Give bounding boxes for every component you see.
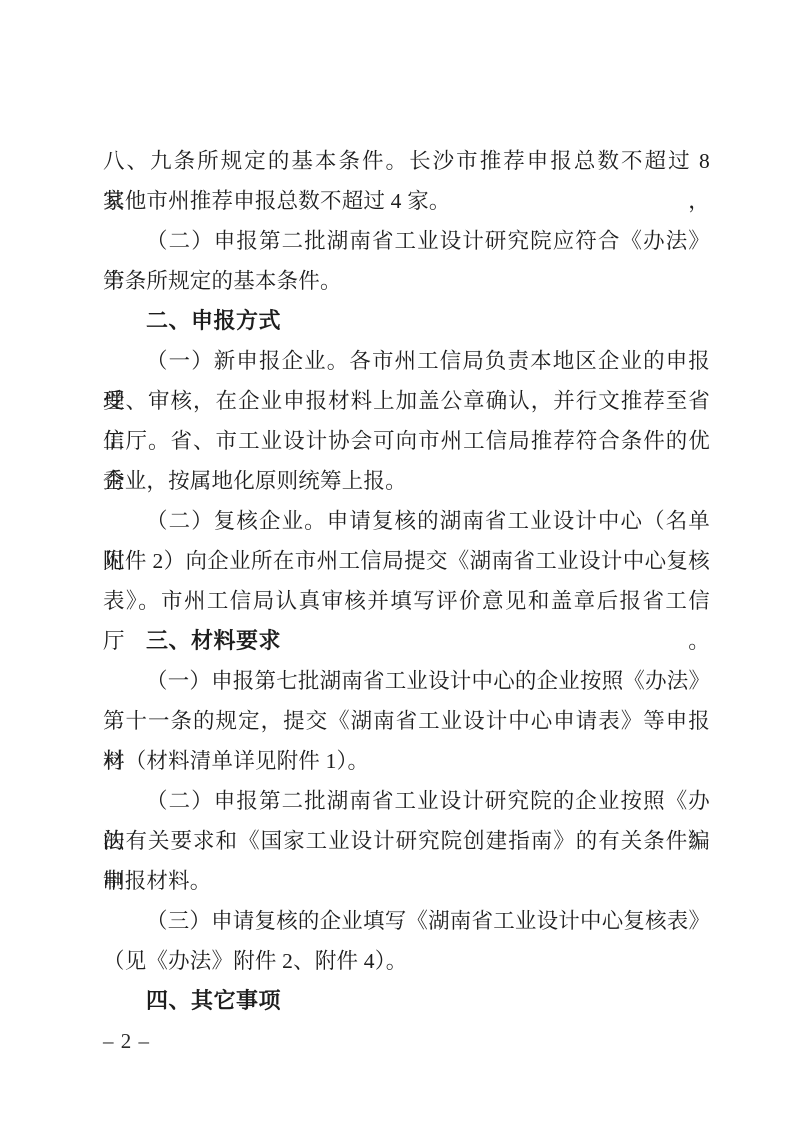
body-line: 信厅。省、市工业设计协会可向市州工信局推荐符合条件的优秀 [103, 421, 710, 461]
body-line: 的有关要求和《国家工业设计研究院创建指南》的有关条件编制 [103, 821, 710, 861]
body-line: （三）申请复核的企业填写《湖南省工业设计中心复核表》 [103, 901, 710, 941]
body-line: （二）申报第二批湖南省工业设计研究院应符合《办法》第 [103, 221, 710, 261]
body-line: （一）申报第七批湖南省工业设计中心的企业按照《办法》 [103, 661, 710, 701]
body-line: 十条所规定的基本条件。 [103, 261, 710, 301]
body-line: 理、审核，在企业申报材料上加盖公章确认，并行文推荐至省工 [103, 381, 710, 421]
page-number: – 2 – [103, 1029, 150, 1054]
body-line: （二）复核企业。申请复核的湖南省工业设计中心（名单见 [103, 501, 710, 541]
body-line: 企业，按属地化原则统筹上报。 [103, 461, 710, 501]
body-line: （见《办法》附件 2、附件 4）。 [103, 941, 710, 981]
body-line: 表》。市州工信局认真审核并填写评价意见和盖章后报省工信厅。 [103, 581, 710, 621]
body-line: （一）新申报企业。各市州工信局负责本地区企业的申报受 [103, 341, 710, 381]
section-heading: 四、其它事项 [103, 981, 710, 1021]
body-line: 料（材料清单详见附件 1）。 [103, 741, 710, 781]
body-line: 第十一条的规定，提交《湖南省工业设计中心申请表》等申报材 [103, 701, 710, 741]
section-heading: 二、申报方式 [103, 301, 710, 341]
body-line: 附件 2）向企业所在市州工信局提交《湖南省工业设计中心复核 [103, 541, 710, 581]
body-line: （二）申报第二批湖南省工业设计研究院的企业按照《办法》 [103, 781, 710, 821]
body-line: 申报材料。 [103, 861, 710, 901]
document-page: 八、九条所规定的基本条件。长沙市推荐申报总数不超过 8 家， 其他市州推荐申报总… [103, 141, 710, 1021]
body-line: 八、九条所规定的基本条件。长沙市推荐申报总数不超过 8 家， [103, 141, 710, 181]
